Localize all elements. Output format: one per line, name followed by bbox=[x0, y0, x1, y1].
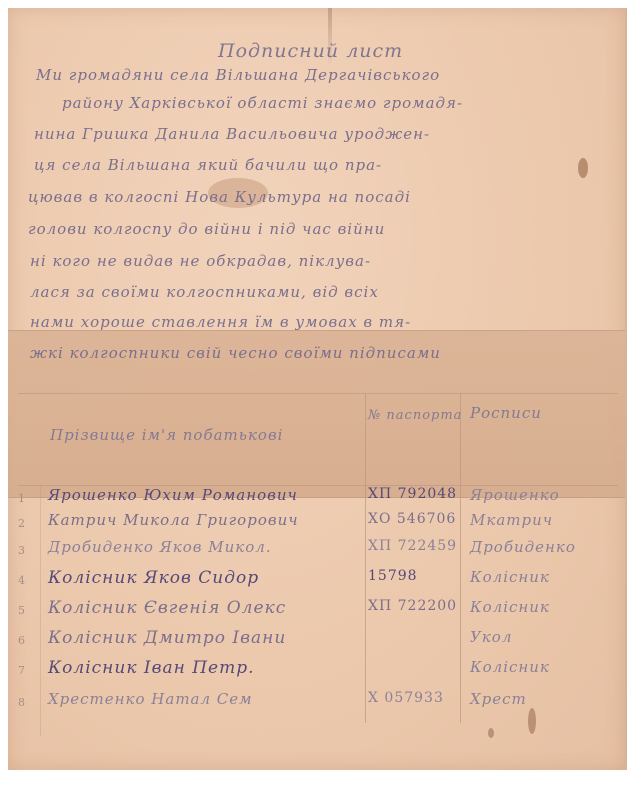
body-line: району Харківської області знаємо громад… bbox=[62, 94, 463, 112]
row-number: 3 bbox=[18, 544, 26, 557]
table-cell-name: Колісник Євгенія Олекс bbox=[48, 598, 286, 618]
table-cell-name: Колісник Яков Сидор bbox=[48, 568, 259, 588]
table-top-rule bbox=[18, 393, 618, 394]
table-header-name: Прізвище ім'я побатькові bbox=[50, 426, 283, 444]
table-cell-name: Колісник Дмитро Івани bbox=[48, 628, 286, 648]
table-header-signature: Росписи bbox=[470, 404, 542, 422]
paper-sheet: Подписний лист Ми громадяни села Вільшан… bbox=[8, 8, 627, 770]
body-line: нами хороше ставлення їм в умовах в тя- bbox=[30, 313, 411, 331]
table-cell-signature: Колісник bbox=[470, 568, 550, 586]
body-line: цював в колгоспі Нова Культура на посаді bbox=[28, 188, 411, 206]
stain bbox=[528, 708, 536, 734]
body-line: ця села Вільшана який бачили що пра- bbox=[34, 156, 382, 174]
table-column-divider bbox=[365, 393, 366, 723]
table-cell-signature: Дробиденко bbox=[470, 538, 576, 556]
table-cell-signature: Хрест bbox=[470, 690, 527, 708]
body-line: Ми громадяни села Вільшана Дергачівськог… bbox=[36, 66, 440, 84]
table-cell-signature: Ярошенко bbox=[470, 486, 560, 504]
stain bbox=[488, 728, 494, 738]
row-number: 4 bbox=[18, 574, 26, 587]
table-cell-signature: Колісник bbox=[470, 598, 550, 616]
row-number: 1 bbox=[18, 492, 26, 505]
table-cell-signature: Укол bbox=[470, 628, 512, 646]
body-line: нина Гришка Данила Васильовича уроджен- bbox=[34, 125, 430, 143]
table-cell-signature: Мкатрич bbox=[470, 511, 553, 529]
body-line: жкі колгоспники свій чесно своїми підпис… bbox=[30, 344, 441, 362]
table-cell-passport: ХО 546706 bbox=[368, 511, 456, 527]
row-number: 6 bbox=[18, 634, 26, 647]
table-cell-name: Хрестенко Натал Сем bbox=[48, 690, 253, 708]
table-header-passport: № паспорта bbox=[368, 408, 462, 423]
table-cell-passport: 15798 bbox=[368, 568, 418, 584]
table-cell-passport: ХП 722200 bbox=[368, 598, 457, 614]
table-column-divider bbox=[460, 393, 461, 723]
table-cell-signature: Колісник bbox=[470, 658, 550, 676]
table-cell-name: Ярошенко Юхим Романович bbox=[48, 486, 298, 504]
row-number: 5 bbox=[18, 604, 26, 617]
table-cell-name: Колісник Іван Петр. bbox=[48, 658, 255, 678]
row-number: 7 bbox=[18, 664, 26, 677]
table-number-divider bbox=[40, 486, 41, 736]
body-line: лася за своїми колгоспниками, від всіх bbox=[30, 283, 379, 301]
table-cell-passport: ХП 792048 bbox=[368, 486, 457, 502]
body-line: ні кого не видав не обкрадав, піклува- bbox=[30, 252, 371, 270]
row-number: 2 bbox=[18, 517, 26, 530]
table-cell-passport: ХП 722459 bbox=[368, 538, 457, 554]
table-cell-name: Дробиденко Яков Микол. bbox=[48, 538, 272, 556]
row-number: 8 bbox=[18, 696, 26, 709]
document-title: Подписний лист bbox=[218, 40, 403, 62]
table-cell-passport: Х 057933 bbox=[368, 690, 444, 706]
body-line: голови колгоспу до війни і під час війни bbox=[28, 220, 385, 238]
table-cell-name: Катрич Микола Григорович bbox=[48, 511, 299, 529]
stain bbox=[578, 158, 588, 178]
